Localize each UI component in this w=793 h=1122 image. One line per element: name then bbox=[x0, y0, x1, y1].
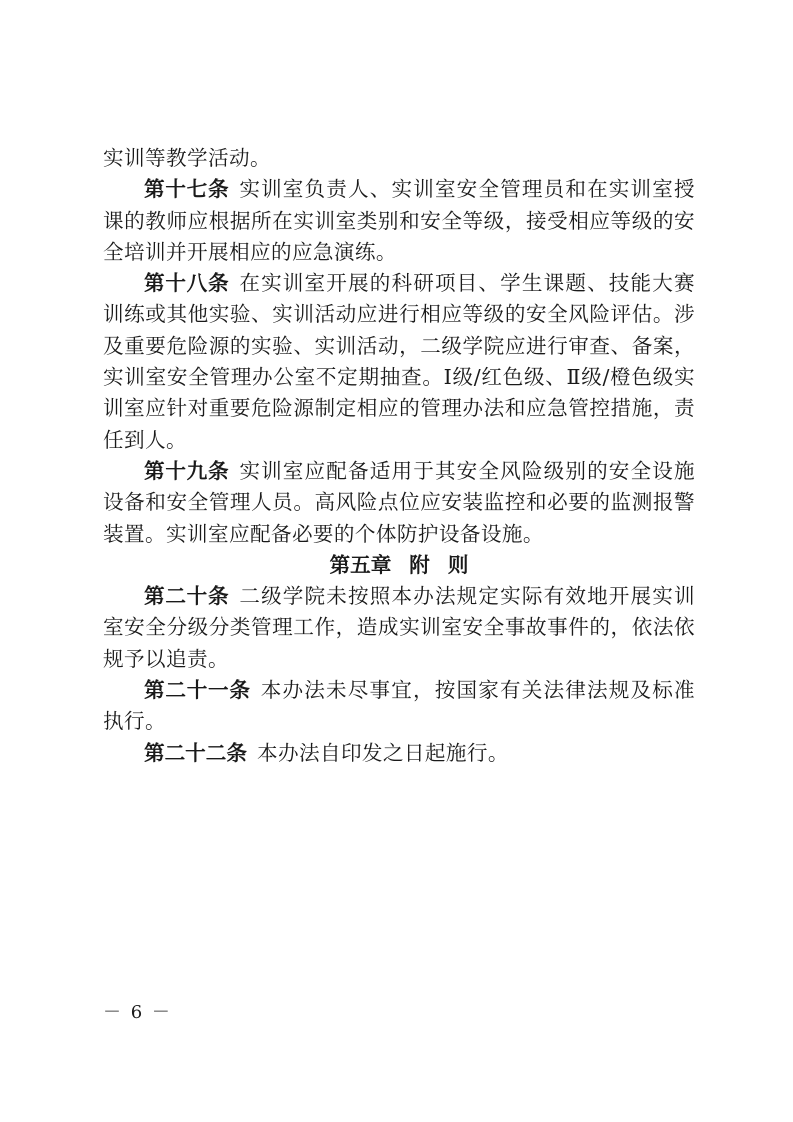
article-label: 第十八条 bbox=[144, 271, 229, 295]
article-text: 本办法自印发之日起施行。 bbox=[257, 741, 509, 765]
document-page: 实训等教学活动。 第十七条实训室负责人、实训室安全管理员和在实训室授课的教师应根… bbox=[103, 143, 695, 769]
chapter-heading: 第五章附则 bbox=[103, 550, 695, 581]
article-label: 第十七条 bbox=[144, 177, 229, 201]
article-18: 第十八条在实训室开展的科研项目、学生课题、技能大赛训练或其他实验、实训活动应进行… bbox=[103, 268, 695, 456]
article-label: 第二十一条 bbox=[144, 678, 251, 702]
article-21: 第二十一条本办法未尽事宜，按国家有关法律法规及标准执行。 bbox=[103, 675, 695, 738]
chapter-title-char-2: 则 bbox=[448, 553, 469, 577]
page-number: － 6 － bbox=[103, 998, 172, 1024]
article-17: 第十七条实训室负责人、实训室安全管理员和在实训室授课的教师应根据所在实训室类别和… bbox=[103, 174, 695, 268]
article-label: 第十九条 bbox=[144, 459, 229, 483]
article-label: 第二十条 bbox=[144, 584, 229, 608]
continuation-paragraph: 实训等教学活动。 bbox=[103, 143, 695, 174]
article-20: 第二十条二级学院未按照本办法规定实际有效地开展实训室安全分级分类管理工作，造成实… bbox=[103, 581, 695, 675]
article-22: 第二十二条本办法自印发之日起施行。 bbox=[103, 738, 695, 769]
article-19: 第十九条实训室应配备适用于其安全风险级别的安全设施设备和安全管理人员。高风险点位… bbox=[103, 456, 695, 550]
article-text: 在实训室开展的科研项目、学生课题、技能大赛训练或其他实验、实训活动应进行相应等级… bbox=[103, 271, 695, 451]
chapter-title-char-1: 附 bbox=[409, 553, 430, 577]
article-label: 第二十二条 bbox=[144, 741, 247, 765]
chapter-number: 第五章 bbox=[330, 553, 392, 577]
